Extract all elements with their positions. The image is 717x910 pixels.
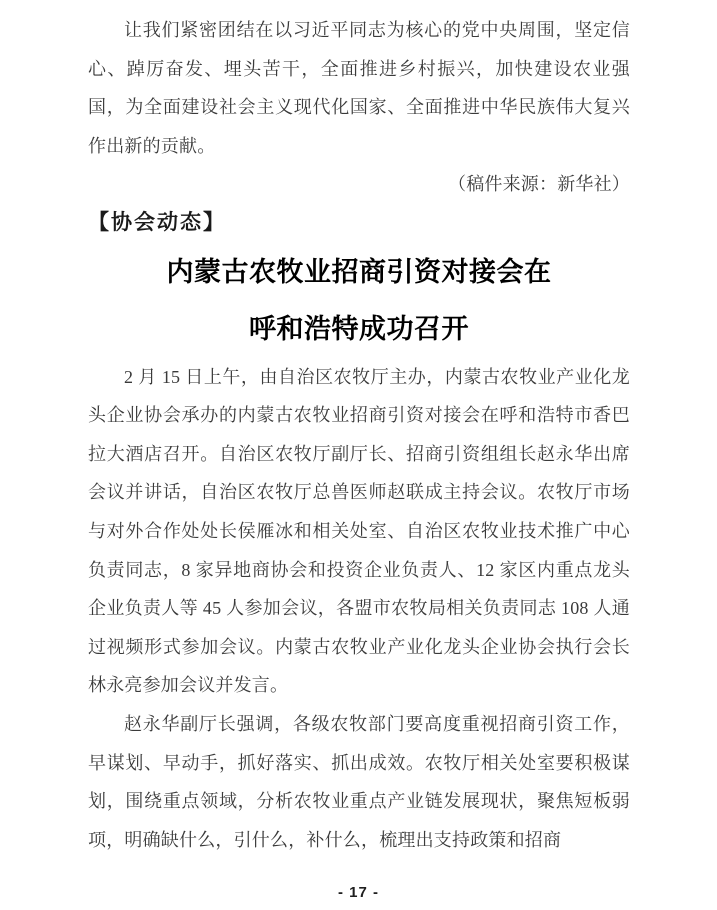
document-page: 让我们紧密团结在以习近平同志为核心的党中央周围，坚定信心、踔厉奋发、埋头苦干，全… (0, 0, 717, 910)
body-paragraph-1: 2 月 15 日上午，由自治区农牧厅主办，内蒙古农牧业产业化龙头企业协会承办的内… (88, 358, 630, 705)
page-number: - 17 - (0, 884, 717, 901)
body-paragraph-2: 赵永华副厅长强调，各级农牧部门要高度重视招商引资工作，早谋划、早动手，抓好落实、… (88, 705, 630, 859)
article-title-line-2: 呼和浩特成功召开 (88, 301, 630, 358)
section-header: 【协会动态】 (88, 204, 630, 243)
closing-paragraph: 让我们紧密团结在以习近平同志为核心的党中央周围，坚定信心、踔厉奋发、埋头苦干，全… (88, 11, 630, 165)
article-title: 内蒙古农牧业招商引资对接会在 呼和浩特成功召开 (88, 244, 630, 358)
article-title-line-1: 内蒙古农牧业招商引资对接会在 (88, 244, 630, 301)
source-attribution: （稿件来源：新华社） (88, 165, 630, 204)
